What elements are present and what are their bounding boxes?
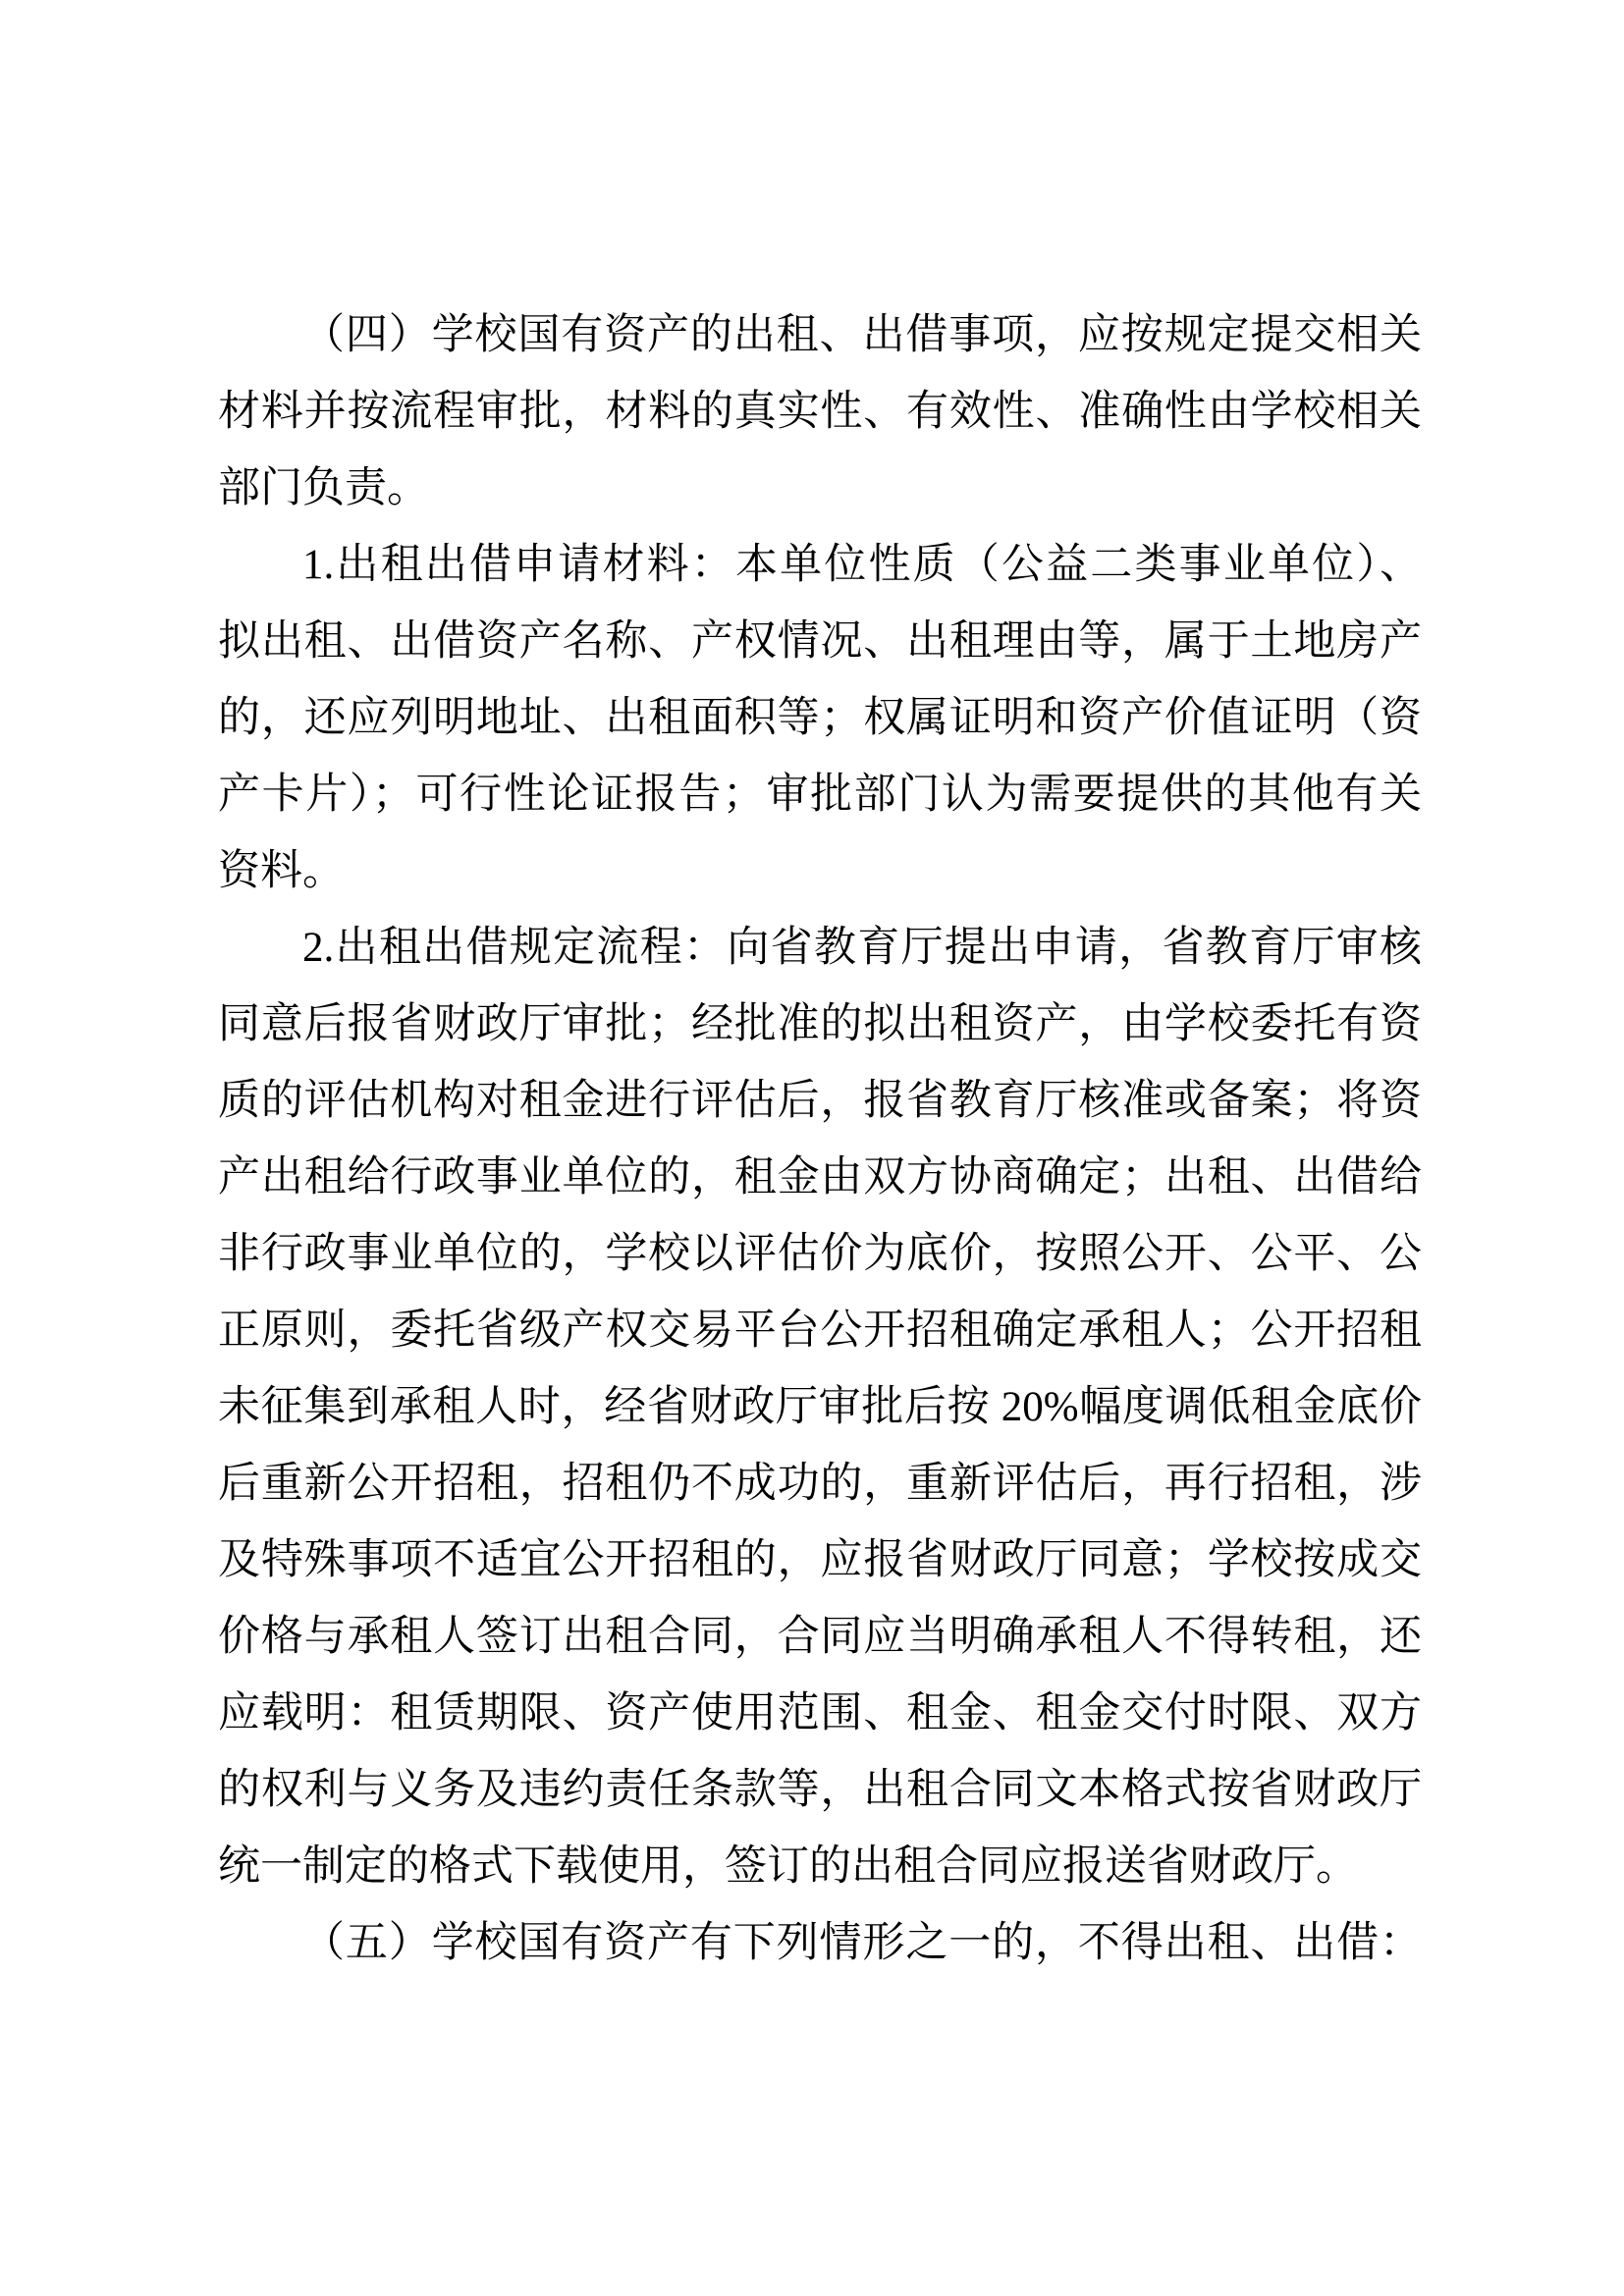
paragraph: （四）学校国有资产的出租、出借事项，应按规定提交相关材料并按流程审批，材料的真实… <box>218 297 1422 527</box>
text-line: 价格与承租人签订出租合同，合同应当明确承租人不得转租，还 <box>218 1599 1422 1676</box>
text-block: （四）学校国有资产的出租、出借事项，应按规定提交相关材料并按流程审批，材料的真实… <box>218 297 1422 1982</box>
text-line: 拟出租、出借资产名称、产权情况、出租理由等，属于土地房产 <box>218 604 1422 680</box>
text-line: 非行政事业单位的，学校以评估价为底价，按照公开、公平、公 <box>218 1216 1422 1293</box>
text-line: 统一制定的格式下载使用，签订的出租合同应报送省财政厅。 <box>218 1829 1422 1905</box>
text-line: 正原则，委托省级产权交易平台公开招租确定承租人；公开招租 <box>218 1293 1422 1369</box>
text-line: 1.出租出借申请材料：本单位性质（公益二类事业单位）、 <box>218 527 1422 604</box>
text-line: 质的评估机构对租金进行评估后，报省教育厅核准或备案；将资 <box>218 1063 1422 1140</box>
text-line: 2.出租出借规定流程：向省教育厅提出申请，省教育厅审核 <box>218 910 1422 987</box>
text-line: 的权利与义务及违约责任条款等，出租合同文本格式按省财政厅 <box>218 1752 1422 1829</box>
text-line: 产卡片）；可行性论证报告；审批部门认为需要提供的其他有关 <box>218 757 1422 833</box>
text-line: 应载明：租赁期限、资产使用范围、租金、租金交付时限、双方 <box>218 1676 1422 1752</box>
text-line: 资料。 <box>218 833 1422 910</box>
text-line: 未征集到承租人时，经省财政厅审批后按 20%幅度调低租金底价 <box>218 1369 1422 1446</box>
text-line: 及特殊事项不适宜公开招租的，应报省财政厅同意；学校按成交 <box>218 1522 1422 1599</box>
text-line: 后重新公开招租，招租仍不成功的，重新评估后，再行招租，涉 <box>218 1446 1422 1522</box>
text-line: （五）学校国有资产有下列情形之一的，不得出租、出借： <box>218 1905 1422 1982</box>
paragraph: 2.出租出借规定流程：向省教育厅提出申请，省教育厅审核同意后报省财政厅审批；经批… <box>218 910 1422 1905</box>
text-line: 部门负责。 <box>218 451 1422 527</box>
text-line: 材料并按流程审批，材料的真实性、有效性、准确性由学校相关 <box>218 374 1422 451</box>
text-line: 的，还应列明地址、出租面积等；权属证明和资产价值证明（资 <box>218 680 1422 757</box>
text-line: 同意后报省财政厅审批；经批准的拟出租资产，由学校委托有资 <box>218 987 1422 1063</box>
paragraph: （五）学校国有资产有下列情形之一的，不得出租、出借： <box>218 1905 1422 1982</box>
document-page: （四）学校国有资产的出租、出借事项，应按规定提交相关材料并按流程审批，材料的真实… <box>0 0 1624 2296</box>
paragraph: 1.出租出借申请材料：本单位性质（公益二类事业单位）、拟出租、出借资产名称、产权… <box>218 527 1422 910</box>
text-line: 产出租给行政事业单位的，租金由双方协商确定；出租、出借给 <box>218 1140 1422 1216</box>
text-line: （四）学校国有资产的出租、出借事项，应按规定提交相关 <box>218 297 1422 374</box>
